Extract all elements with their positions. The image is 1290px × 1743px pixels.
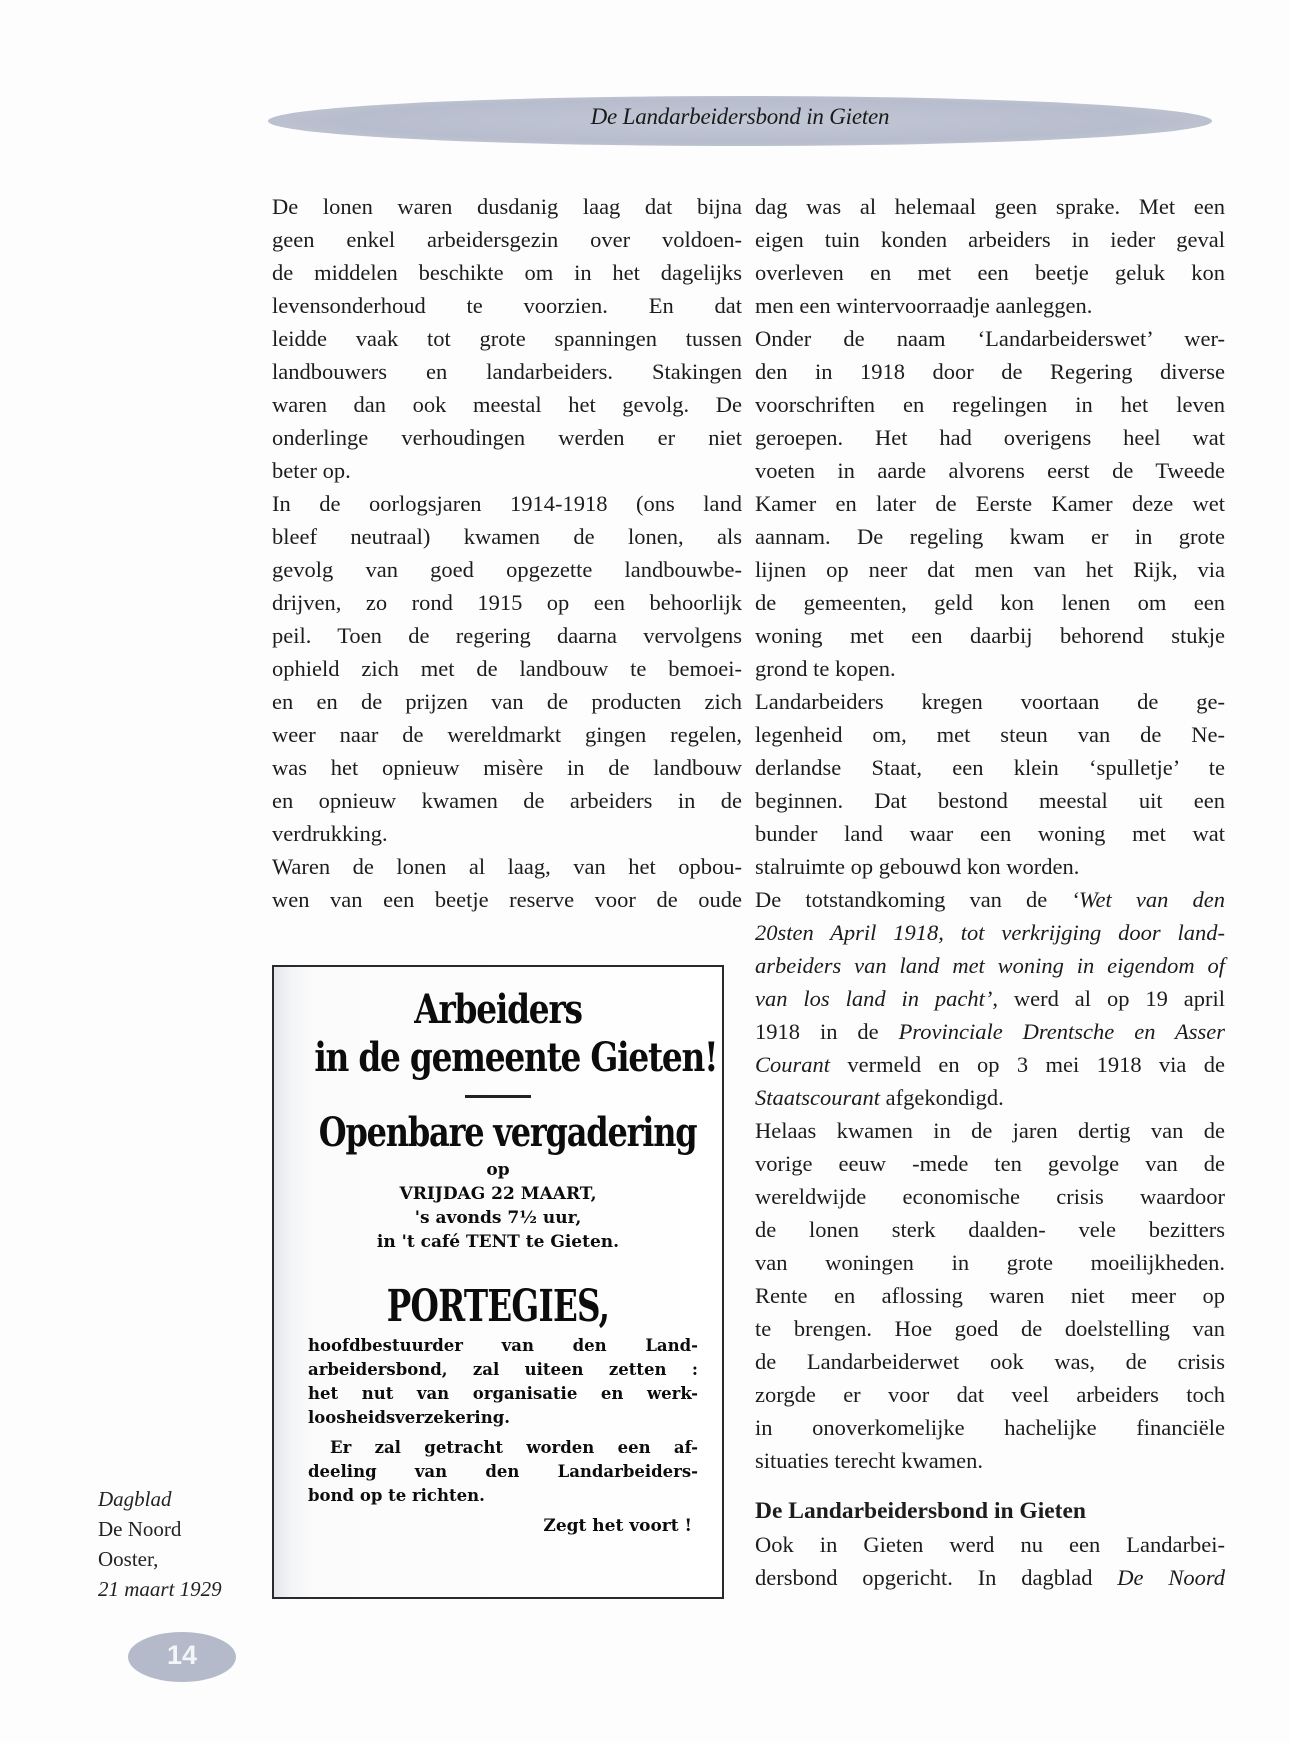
newspaper-name-italic: Courant bbox=[755, 1052, 830, 1077]
text-line: De lonen waren dusdanig laag dat bijna bbox=[272, 190, 742, 223]
caption-date: 21 maart 1929 bbox=[98, 1574, 258, 1604]
text-line: geroepen. Het had overigens heel wat bbox=[755, 421, 1225, 454]
text-line: gevolg van goed opgezette landbouwbe- bbox=[272, 553, 742, 586]
text-line: leidde vaak tot grote spanningen tussen bbox=[272, 322, 742, 355]
text-line: zorgde er voor dat veel arbeiders toch bbox=[755, 1378, 1225, 1411]
text-line: aannam. De regeling kwam er in grote bbox=[755, 520, 1225, 553]
text-span: 1918 in de bbox=[755, 1019, 899, 1044]
newspaper-name-italic: Staatscourant bbox=[755, 1085, 880, 1110]
text-line: Helaas kwamen in de jaren dertig van de bbox=[755, 1114, 1225, 1147]
text-line: was het opnieuw misère in de landbouw bbox=[272, 751, 742, 784]
text-line: Onder de naam ‘Landarbeiderswet’ wer- bbox=[755, 322, 1225, 355]
text-line: eigen tuin konden arbeiders in ieder gev… bbox=[755, 223, 1225, 256]
clipping-line: het nut van organisatie en werk- bbox=[308, 1382, 698, 1406]
text-line: Kamer en later de Eerste Kamer deze wet bbox=[755, 487, 1225, 520]
text-line: en en de prijzen van de producten zich bbox=[272, 685, 742, 718]
clipping-date: VRIJDAG 22 MAART, bbox=[274, 1182, 722, 1206]
clipping-body: hoofdbestuurder van den Land- arbeidersb… bbox=[274, 1334, 722, 1430]
running-header-title: De Landarbeidersbond in Gieten bbox=[268, 104, 1212, 130]
text-line: vorige eeuw -mede ten gevolge van de bbox=[755, 1147, 1225, 1180]
text-line: bunder land waar een woning met wat bbox=[755, 817, 1225, 850]
text-line: woning met een daarbij behorend stukje bbox=[755, 619, 1225, 652]
text-span: De totstandkoming van de bbox=[755, 887, 1071, 912]
law-title-italic: 20sten April 1918, tot verkrijging door … bbox=[755, 916, 1225, 949]
right-body-text: dag was al helemaal geen sprake. Met een… bbox=[755, 190, 1225, 1594]
text-line: de lonen sterk daalden- vele bezitters bbox=[755, 1213, 1225, 1246]
clipping-line: arbeidersbond, zal uiteen zetten : bbox=[308, 1358, 698, 1382]
law-title-italic: ‘Wet van den bbox=[1071, 887, 1225, 912]
text-line: overleven en met een beetje geluk kon bbox=[755, 256, 1225, 289]
text-line: verdrukking. bbox=[272, 817, 742, 850]
newspaper-clipping: Arbeiders in de gemeente Gieten! Openbar… bbox=[272, 965, 724, 1599]
text-line: van woningen in grote moeilijkheden. bbox=[755, 1246, 1225, 1279]
clipping-line: Er zal getracht worden een af- bbox=[308, 1436, 698, 1460]
text-line: geen enkel arbeidersgezin over voldoen- bbox=[272, 223, 742, 256]
clipping-venue: in 't café TENT te Gieten. bbox=[274, 1230, 722, 1254]
text-line: Waren de lonen al laag, van het opbou- bbox=[272, 850, 742, 883]
clipping-sign-off: Zegt het voort ! bbox=[274, 1516, 722, 1536]
text-line: grond te kopen. bbox=[755, 652, 1225, 685]
caption-line: Ooster, bbox=[98, 1544, 258, 1574]
text-line: derlandse Staat, een klein ‘spulletje’ t… bbox=[755, 751, 1225, 784]
clipping-headline: Arbeiders bbox=[314, 987, 681, 1033]
text-line: 1918 in de Provinciale Drentsche en Asse… bbox=[755, 1015, 1225, 1048]
text-line: levensonderhoud te voorzien. En dat bbox=[272, 289, 742, 322]
text-span: dersbond opgericht. In dagblad bbox=[755, 1565, 1117, 1590]
text-line: weer naar de wereldmarkt gingen regelen, bbox=[272, 718, 742, 751]
newspaper-name-italic: Provinciale Drentsche en Asser bbox=[899, 1019, 1225, 1044]
text-line: beter op. bbox=[272, 454, 742, 487]
text-line: de gemeenten, geld kon lenen om een bbox=[755, 586, 1225, 619]
caption-line: Dagblad bbox=[98, 1484, 258, 1514]
text-line: de middelen beschikte om in het dagelijk… bbox=[272, 256, 742, 289]
text-line: de Landarbeiderwet ook was, de crisis bbox=[755, 1345, 1225, 1378]
text-line: legenheid om, met steun van de Ne- bbox=[755, 718, 1225, 751]
text-line: In de oorlogsjaren 1914-1918 (ons land bbox=[272, 487, 742, 520]
text-line: onderlinge verhoudingen werden er niet bbox=[272, 421, 742, 454]
text-span: vermeld en op 3 mei 1918 via de bbox=[830, 1052, 1225, 1077]
clipping-line: loosheidsverzekering. bbox=[308, 1406, 698, 1430]
text-span: , werd al op 19 april bbox=[992, 986, 1225, 1011]
clipping-headline: Openbare vergadering bbox=[319, 1108, 677, 1158]
clipping-speaker-name: PORTEGIES, bbox=[332, 1280, 664, 1334]
left-body-text: De lonen waren dusdanig laag dat bijna g… bbox=[272, 190, 742, 916]
text-line: situaties terecht kwamen. bbox=[755, 1444, 1225, 1477]
clipping-line: hoofdbestuurder van den Land- bbox=[308, 1334, 698, 1358]
text-line: De totstandkoming van de ‘Wet van den bbox=[755, 883, 1225, 916]
text-line: drijven, zo rond 1915 op een behoorlijk bbox=[272, 586, 742, 619]
text-line: bleef neutraal) kwamen de lonen, als bbox=[272, 520, 742, 553]
text-line: dag was al helemaal geen sprake. Met een bbox=[755, 190, 1225, 223]
clipping-text: op bbox=[274, 1158, 722, 1182]
text-line: waren dan ook meestal het gevolg. De bbox=[272, 388, 742, 421]
image-caption: Dagblad De Noord Ooster, 21 maart 1929 bbox=[98, 1484, 258, 1604]
section-heading: De Landarbeidersbond in Gieten bbox=[755, 1495, 1225, 1528]
text-line: landbouwers en landarbeiders. Stakingen bbox=[272, 355, 742, 388]
text-line: den in 1918 door de Regering diverse bbox=[755, 355, 1225, 388]
text-line: wen van een beetje reserve voor de oude bbox=[272, 883, 742, 916]
caption-line: De Noord bbox=[98, 1514, 258, 1544]
text-line: Rente en aflossing waren niet meer op bbox=[755, 1279, 1225, 1312]
law-title-italic: van los land in pacht’ bbox=[755, 986, 992, 1011]
left-text-column: De lonen waren dusdanig laag dat bijna g… bbox=[272, 190, 742, 916]
clipping-line: bond op te richten. bbox=[308, 1484, 698, 1508]
text-line: Ook in Gieten werd nu een Landarbei- bbox=[755, 1528, 1225, 1561]
text-line: wereldwijde economische crisis waardoor bbox=[755, 1180, 1225, 1213]
text-line: ophield zich met de landbouw te bemoei- bbox=[272, 652, 742, 685]
clipping-divider bbox=[465, 1095, 531, 1098]
clipping-line: deeling van den Landarbeiders- bbox=[308, 1460, 698, 1484]
page-number: 14 bbox=[128, 1640, 236, 1671]
text-line: in onoverkomelijke hachelijke financiële bbox=[755, 1411, 1225, 1444]
right-text-column: dag was al helemaal geen sprake. Met een… bbox=[755, 190, 1225, 1594]
clipping-body: Er zal getracht worden een af- deeling v… bbox=[274, 1436, 722, 1508]
text-line: dersbond opgericht. In dagblad De Noord bbox=[755, 1561, 1225, 1594]
law-title-italic: arbeiders van land met woning in eigendo… bbox=[755, 949, 1225, 982]
text-line: men een wintervoorraadje aanleggen. bbox=[755, 289, 1225, 322]
text-line: en opnieuw kwamen de arbeiders in de bbox=[272, 784, 742, 817]
newspaper-name-italic: De Noord bbox=[1117, 1565, 1225, 1590]
text-line: van los land in pacht’, werd al op 19 ap… bbox=[755, 982, 1225, 1015]
clipping-time: 's avonds 7½ uur, bbox=[274, 1206, 722, 1230]
clipping-headline: in de gemeente Gieten! bbox=[314, 1033, 681, 1083]
text-line: peil. Toen de regering daarna vervolgens bbox=[272, 619, 742, 652]
text-line: Staatscourant afgekondigd. bbox=[755, 1081, 1225, 1114]
text-line: stalruimte op gebouwd kon worden. bbox=[755, 850, 1225, 883]
text-line: voeten in aarde alvorens eerst de Tweede bbox=[755, 454, 1225, 487]
text-line: voorschriften en regelingen in het leven bbox=[755, 388, 1225, 421]
text-line: Landarbeiders kregen voortaan de ge- bbox=[755, 685, 1225, 718]
text-line: beginnen. Dat bestond meestal uit een bbox=[755, 784, 1225, 817]
text-line: Courant vermeld en op 3 mei 1918 via de bbox=[755, 1048, 1225, 1081]
text-span: afgekondigd. bbox=[880, 1085, 1004, 1110]
text-line: lijnen op neer dat men van het Rijk, via bbox=[755, 553, 1225, 586]
text-line: te brengen. Hoe goed de doelstelling van bbox=[755, 1312, 1225, 1345]
